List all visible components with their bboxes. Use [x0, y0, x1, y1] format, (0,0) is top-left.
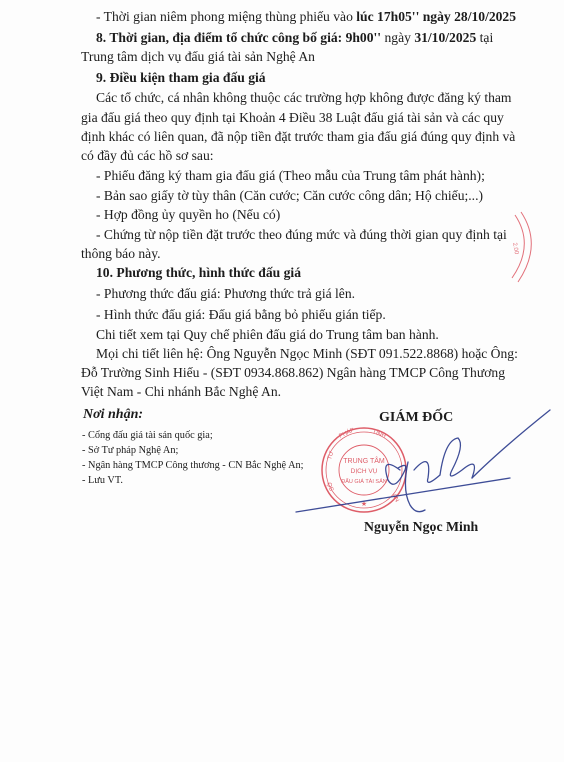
contact-line: Mọi chi tiết liên hệ: Ông Nguyễn Ngọc Mi… — [96, 344, 493, 363]
sealing-time-value: lúc 17h05'' ngày 28/10/2025 — [356, 9, 516, 24]
recipient-item: - Lưu VT. — [82, 473, 123, 488]
requirement-item-cont: thông báo này. — [81, 244, 493, 263]
recipient-item: - Sở Tư pháp Nghệ An; — [82, 443, 178, 458]
recipient-item: - Ngân hàng TMCP Công thương - CN Bắc Ng… — [82, 458, 304, 473]
section-9-para-line: định khác có liên quan, đã nộp tiền đặt … — [81, 127, 493, 146]
section-9-para-line: Các tổ chức, cá nhân không thuộc các trư… — [96, 88, 493, 107]
section-8-date: 31/10/2025 — [414, 30, 476, 45]
svg-text:SỞ: SỞ — [326, 481, 336, 492]
signer-title: GIÁM ĐỐC — [379, 410, 453, 426]
svg-text:DỊCH VỤ: DỊCH VỤ — [351, 468, 378, 475]
partial-edge-stamp-icon: 2.00 — [511, 212, 531, 282]
official-round-stamp-icon: PHÁP TỈNH TƯ SỞ AN TRUNG TÂM DỊCH VỤ ĐẤU… — [322, 427, 406, 512]
section-8-text: ngày — [381, 30, 414, 45]
section-9-heading: 9. Điều kiện tham gia đấu giá — [96, 68, 493, 87]
svg-text:2.00: 2.00 — [511, 242, 519, 255]
contact-line: Đỗ Trường Sinh Hiếu - (SĐT 0934.868.862)… — [81, 363, 493, 382]
auction-method: - Phương thức đấu giá: Phương thức trả g… — [96, 284, 493, 303]
svg-text:TỈNH: TỈNH — [371, 428, 387, 439]
section-8-location: Trung tâm dịch vụ đấu giá tài sản Nghệ A… — [81, 47, 493, 66]
contact-line: Việt Nam - Chi nhánh Bắc Nghệ An. — [81, 382, 493, 401]
svg-text:★: ★ — [361, 500, 367, 508]
requirement-item: - Phiếu đăng ký tham gia đấu giá (Theo m… — [96, 166, 493, 185]
auction-form: - Hình thức đấu giá: Đấu giá bằng bỏ phi… — [96, 305, 493, 324]
document-page: - Thời gian niêm phong miệng thùng phiếu… — [0, 0, 564, 762]
signer-name: Nguyễn Ngọc Minh — [364, 519, 478, 535]
svg-text:PHÁP: PHÁP — [338, 427, 356, 440]
section-8-heading: 8. Thời gian, địa điểm tổ chức công bố g… — [96, 28, 493, 47]
recipient-item: - Cổng đấu giá tài sản quốc gia; — [82, 428, 213, 443]
svg-text:AN: AN — [390, 493, 399, 503]
svg-text:TRUNG TÂM: TRUNG TÂM — [343, 456, 385, 465]
recipients-title: Nơi nhận: — [83, 407, 143, 423]
section-8-title: 8. Thời gian, địa điểm tổ chức công bố g… — [96, 30, 381, 45]
sealing-time-line: - Thời gian niêm phong miệng thùng phiếu… — [96, 7, 493, 26]
svg-text:ĐẤU GIÁ TÀI SẢN: ĐẤU GIÁ TÀI SẢN — [341, 478, 386, 485]
requirement-item: - Bản sao giấy tờ tùy thân (Căn cước; Că… — [96, 186, 493, 205]
section-10-heading: 10. Phương thức, hình thức đấu giá — [96, 263, 493, 282]
sealing-time-label: - Thời gian niêm phong miệng thùng phiếu… — [96, 9, 356, 24]
section-8-text-end: tại — [476, 30, 493, 45]
details-note: Chi tiết xem tại Quy chế phiên đấu giá d… — [96, 325, 493, 344]
requirement-item: - Hợp đồng ủy quyền ho (Nếu có) — [96, 205, 493, 224]
requirement-item: - Chứng từ nộp tiền đặt trước theo đúng … — [96, 225, 493, 244]
section-9-para-line: gia đấu giá theo quy định tại Khoản 4 Đi… — [81, 108, 493, 127]
svg-text:TƯ: TƯ — [327, 450, 335, 460]
section-9-para-line: có đầy đủ các hồ sơ sau: — [81, 146, 493, 165]
